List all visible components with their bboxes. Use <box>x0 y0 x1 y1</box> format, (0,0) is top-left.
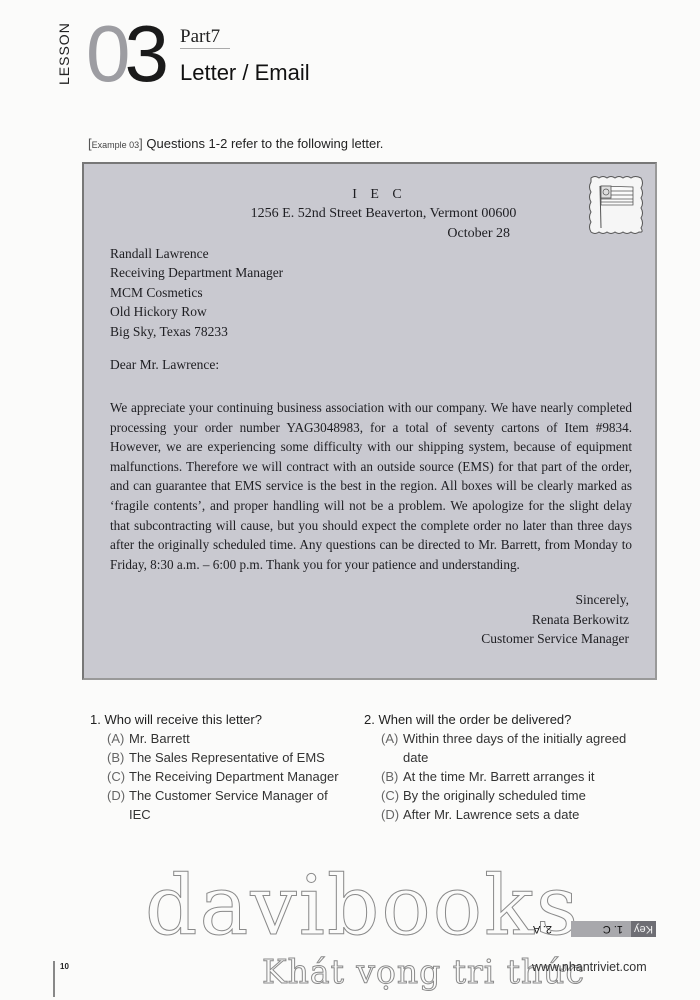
recipient-block: Randall Lawrence Receiving Department Ma… <box>110 244 283 341</box>
option-d[interactable]: (D)After Mr. Lawrence sets a date <box>381 805 649 824</box>
option-c[interactable]: (C)The Receiving Department Manager <box>107 767 350 786</box>
option-d[interactable]: (D)The Customer Service Manager of IEC <box>107 786 350 824</box>
answer-options: (A)Mr. Barrett (B)The Sales Representati… <box>90 729 350 824</box>
option-b[interactable]: (B)The Sales Representative of EMS <box>107 748 350 767</box>
question-stem: 2. When will the order be delivered? <box>364 710 649 729</box>
part-label: Part7 <box>180 26 220 48</box>
letter-date: October 28 <box>447 226 510 242</box>
question-2: 2. When will the order be delivered? (A)… <box>364 710 649 824</box>
page-number: 10 <box>60 962 69 971</box>
example-instruction-text: Questions 1-2 refer to the following let… <box>146 136 383 151</box>
answer-key-1: 1. C <box>603 923 623 935</box>
signer-name: Renata Berkowitz <box>481 610 629 630</box>
part-underline <box>180 48 230 49</box>
answer-key: Key 1. C 2. A <box>571 921 656 937</box>
recipient-line: Big Sky, Texas 78233 <box>110 322 283 341</box>
page-title: Letter / Email <box>180 60 310 86</box>
option-c[interactable]: (C)By the originally scheduled time <box>381 786 649 805</box>
recipient-line: MCM Cosmetics <box>110 283 283 302</box>
question-1: 1. Who will receive this letter? (A)Mr. … <box>90 710 350 824</box>
watermark-brand: davibooks <box>145 862 580 952</box>
answer-options: (A)Within three days of the initially ag… <box>364 729 649 824</box>
option-a[interactable]: (A)Within three days of the initially ag… <box>381 729 649 767</box>
letterhead-address: 1256 E. 52nd Street Beaverton, Vermont 0… <box>84 206 655 222</box>
salutation: Dear Mr. Lawrence: <box>110 357 219 373</box>
letterhead-company: I E C <box>84 187 655 203</box>
closing-block: Sincerely, Renata Berkowitz Customer Ser… <box>481 590 629 649</box>
question-stem: 1. Who will receive this letter? <box>90 710 350 729</box>
letter-box: I E C 1256 E. 52nd Street Beaverton, Ver… <box>82 162 657 680</box>
recipient-line: Receiving Department Manager <box>110 263 283 282</box>
website-link[interactable]: www.nhantriviet.com <box>532 960 647 974</box>
letter-body: We appreciate your continuing business a… <box>110 398 632 574</box>
page-bar <box>53 961 55 997</box>
lesson-number: 03 <box>86 14 163 94</box>
option-b[interactable]: (B)At the time Mr. Barrett arranges it <box>381 767 649 786</box>
lesson-label: LESSON <box>56 22 72 86</box>
recipient-line: Old Hickory Row <box>110 302 283 321</box>
signer-title: Customer Service Manager <box>481 629 629 649</box>
flag-stamp-icon <box>587 174 645 236</box>
answer-key-2: 2. A <box>533 923 552 935</box>
recipient-line: Randall Lawrence <box>110 244 283 263</box>
answer-key-label: Key <box>631 921 656 937</box>
closing: Sincerely, <box>481 590 629 610</box>
example-instruction: [Example 03] Questions 1-2 refer to the … <box>88 136 383 151</box>
example-tag: [Example 03] <box>88 140 143 150</box>
option-a[interactable]: (A)Mr. Barrett <box>107 729 350 748</box>
